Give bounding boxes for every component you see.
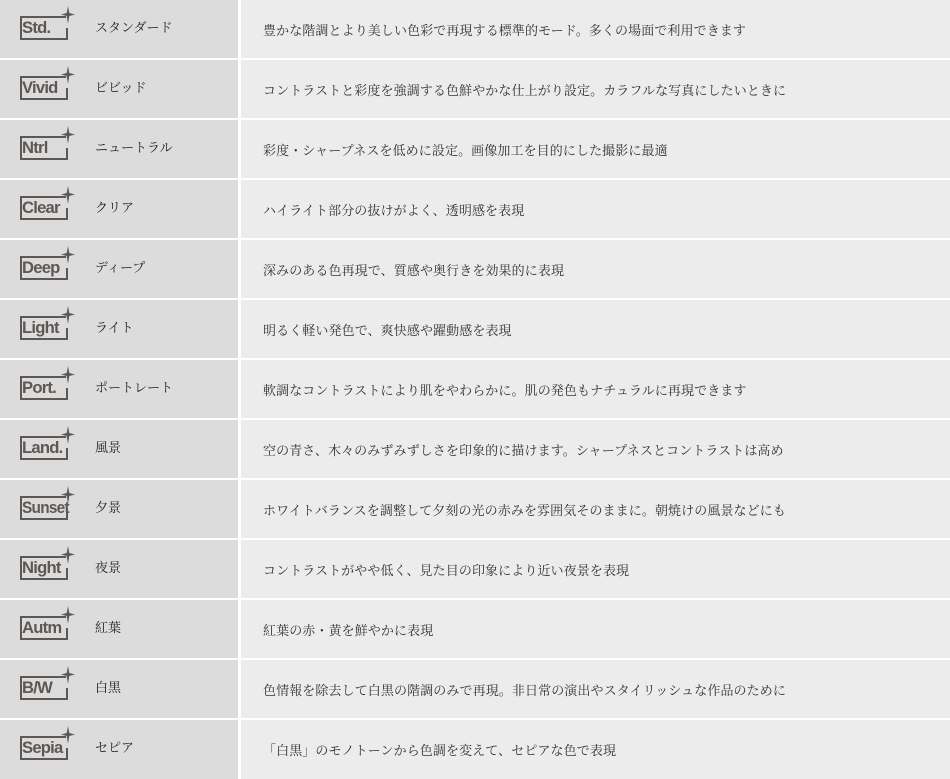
- mode-description: 明るく軽い発色で、爽快感や躍動感を表現: [263, 320, 512, 339]
- mode-badge-icon: Port.: [20, 374, 71, 402]
- mode-description-cell: 深みのある色再現で、質感や奥行きを効果的に表現: [241, 240, 950, 298]
- sparkle-icon: [61, 486, 75, 504]
- sparkle-icon: [61, 126, 75, 144]
- sparkle-icon: [61, 606, 75, 624]
- sparkle-icon: [61, 246, 75, 264]
- mode-row: Autm 紅葉 紅葉の赤・黄を鮮やかに表現: [0, 600, 950, 658]
- sparkle-icon: [61, 306, 75, 324]
- sparkle-icon: [61, 186, 75, 204]
- mode-label-cell: Night 夜景: [0, 540, 238, 598]
- mode-description: 豊かな階調とより美しい色彩で再現する標準的モード。多くの場面で利用できます: [263, 20, 746, 39]
- sparkle-icon: [61, 66, 75, 84]
- mode-name: 白黒: [95, 660, 121, 718]
- mode-row: Night 夜景 コントラストがやや低く、見た目の印象により近い夜景を表現: [0, 540, 950, 598]
- mode-label-cell: Sepia セピア: [0, 720, 238, 779]
- mode-name: ディープ: [95, 240, 145, 298]
- mode-description: 深みのある色再現で、質感や奥行きを効果的に表現: [263, 260, 564, 279]
- mode-description-cell: 彩度・シャープネスを低めに設定。画像加工を目的にした撮影に最適: [241, 120, 950, 178]
- mode-row: Light ライト 明るく軽い発色で、爽快感や躍動感を表現: [0, 300, 950, 358]
- mode-name: 風景: [95, 420, 121, 478]
- mode-name: セピア: [95, 720, 134, 778]
- mode-description-cell: 色情報を除去して白黒の階調のみで再現。非日常の演出やスタイリッシュな作品のために: [241, 660, 950, 718]
- mode-description: コントラストと彩度を強調する色鮮やかな仕上がり設定。カラフルな写真にしたいときに: [263, 80, 786, 99]
- mode-description: 空の青さ、木々のみずみずしさを印象的に描けます。シャープネスとコントラストは高め: [263, 440, 784, 459]
- mode-badge-icon: Sunset: [20, 494, 71, 522]
- mode-name: ポートレート: [95, 360, 173, 418]
- mode-label-cell: Port. ポートレート: [0, 360, 238, 418]
- mode-description: コントラストがやや低く、見た目の印象により近い夜景を表現: [263, 560, 629, 579]
- badge-text: Sunset: [22, 497, 65, 518]
- mode-name: 夜景: [95, 540, 121, 598]
- mode-row: Land. 風景 空の青さ、木々のみずみずしさを印象的に描けます。シャープネスと…: [0, 420, 950, 478]
- mode-label-cell: Light ライト: [0, 300, 238, 358]
- mode-description: ハイライト部分の抜けがよく、透明感を表現: [263, 200, 524, 219]
- mode-badge-icon: Night: [20, 554, 71, 582]
- mode-row: Vivid ビビッド コントラストと彩度を強調する色鮮やかな仕上がり設定。カラフ…: [0, 60, 950, 118]
- mode-label-cell: B/W 白黒: [0, 660, 238, 718]
- mode-description: 色情報を除去して白黒の階調のみで再現。非日常の演出やスタイリッシュな作品のために: [263, 680, 786, 699]
- mode-label-cell: Vivid ビビッド: [0, 60, 238, 118]
- mode-row: Deep ディープ 深みのある色再現で、質感や奥行きを効果的に表現: [0, 240, 950, 298]
- mode-badge-icon: Sepia: [20, 734, 71, 762]
- mode-label-cell: Ntrl ニュートラル: [0, 120, 238, 178]
- mode-name: ビビッド: [95, 60, 146, 118]
- mode-row: B/W 白黒 色情報を除去して白黒の階調のみで再現。非日常の演出やスタイリッシュ…: [0, 660, 950, 718]
- mode-label-cell: Autm 紅葉: [0, 600, 238, 658]
- mode-badge-icon: Land.: [20, 434, 71, 462]
- mode-label-cell: Deep ディープ: [0, 240, 238, 298]
- mode-description-cell: コントラストがやや低く、見た目の印象により近い夜景を表現: [241, 540, 950, 598]
- mode-description: ホワイトバランスを調整して夕刻の光の赤みを雰囲気そのままに。朝焼けの風景などにも: [263, 500, 786, 519]
- mode-name: 夕景: [95, 480, 121, 538]
- sparkle-icon: [61, 726, 75, 744]
- mode-row: Sepia セピア 「白黒」のモノトーンから色調を変えて、セピアな色で表現: [0, 720, 950, 779]
- mode-badge-icon: Deep: [20, 254, 71, 282]
- mode-description-cell: 紅葉の赤・黄を鮮やかに表現: [241, 600, 950, 658]
- sparkle-icon: [61, 546, 75, 564]
- mode-badge-icon: Clear: [20, 194, 71, 222]
- mode-description: 軟調なコントラストにより肌をやわらかに。肌の発色もナチュラルに再現できます: [263, 380, 747, 399]
- mode-row: Ntrl ニュートラル 彩度・シャープネスを低めに設定。画像加工を目的にした撮影…: [0, 120, 950, 178]
- mode-badge-icon: Ntrl: [20, 134, 71, 162]
- mode-label-cell: Clear クリア: [0, 180, 238, 238]
- mode-description: 「白黒」のモノトーンから色調を変えて、セピアな色で表現: [263, 740, 616, 759]
- mode-name: ライト: [95, 300, 134, 358]
- mode-name: 紅葉: [95, 600, 121, 658]
- mode-name: クリア: [95, 180, 134, 238]
- mode-badge-icon: Std.: [20, 14, 71, 42]
- mode-description-cell: 「白黒」のモノトーンから色調を変えて、セピアな色で表現: [241, 720, 950, 779]
- picture-style-table: Std. スタンダード 豊かな階調とより美しい色彩で再現する標準的モード。多くの…: [0, 0, 950, 779]
- mode-name: ニュートラル: [95, 120, 173, 178]
- mode-description-cell: 空の青さ、木々のみずみずしさを印象的に描けます。シャープネスとコントラストは高め: [241, 420, 950, 478]
- mode-badge-icon: Autm: [20, 614, 71, 642]
- mode-description: 紅葉の赤・黄を鮮やかに表現: [263, 620, 433, 639]
- mode-label-cell: Land. 風景: [0, 420, 238, 478]
- mode-badge-icon: Light: [20, 314, 71, 342]
- sparkle-icon: [61, 6, 75, 24]
- mode-badge-icon: Vivid: [20, 74, 71, 102]
- mode-description-cell: ハイライト部分の抜けがよく、透明感を表現: [241, 180, 950, 238]
- mode-name: スタンダード: [95, 0, 172, 58]
- mode-label-cell: Sunset 夕景: [0, 480, 238, 538]
- sparkle-icon: [61, 666, 75, 684]
- mode-row: Port. ポートレート 軟調なコントラストにより肌をやわらかに。肌の発色もナチ…: [0, 360, 950, 418]
- sparkle-icon: [61, 366, 75, 384]
- mode-row: Std. スタンダード 豊かな階調とより美しい色彩で再現する標準的モード。多くの…: [0, 0, 950, 58]
- mode-description-cell: 豊かな階調とより美しい色彩で再現する標準的モード。多くの場面で利用できます: [241, 0, 950, 58]
- mode-description-cell: コントラストと彩度を強調する色鮮やかな仕上がり設定。カラフルな写真にしたいときに: [241, 60, 950, 118]
- mode-description-cell: 軟調なコントラストにより肌をやわらかに。肌の発色もナチュラルに再現できます: [241, 360, 950, 418]
- mode-row: Clear クリア ハイライト部分の抜けがよく、透明感を表現: [0, 180, 950, 238]
- mode-label-cell: Std. スタンダード: [0, 0, 238, 58]
- mode-description-cell: ホワイトバランスを調整して夕刻の光の赤みを雰囲気そのままに。朝焼けの風景などにも: [241, 480, 950, 538]
- mode-row: Sunset 夕景 ホワイトバランスを調整して夕刻の光の赤みを雰囲気そのままに。…: [0, 480, 950, 538]
- mode-badge-icon: B/W: [20, 674, 71, 702]
- mode-description: 彩度・シャープネスを低めに設定。画像加工を目的にした撮影に最適: [263, 140, 668, 159]
- sparkle-icon: [61, 426, 75, 444]
- mode-description-cell: 明るく軽い発色で、爽快感や躍動感を表現: [241, 300, 950, 358]
